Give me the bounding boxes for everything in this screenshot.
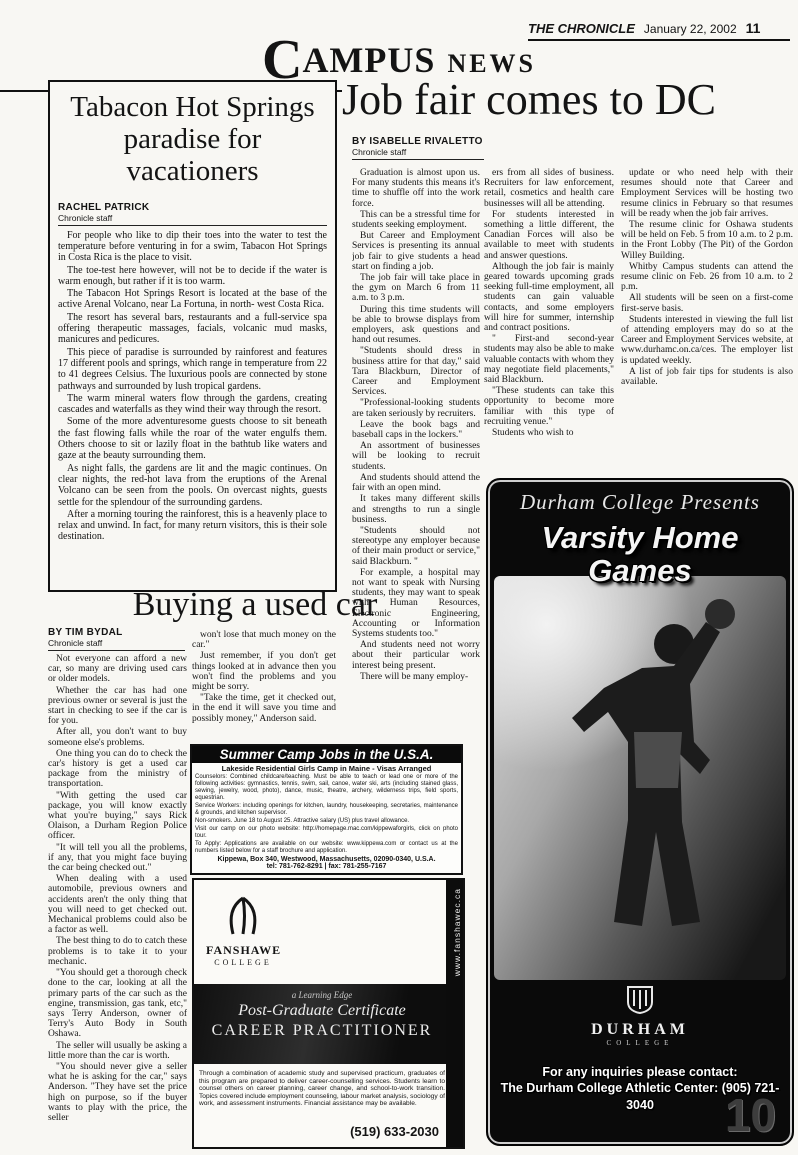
body-paragraph: "It will tell you all the problems, if a… xyxy=(48,843,187,874)
body-paragraph: "Professional-looking students are taken… xyxy=(352,398,480,418)
body-paragraph: But Career and Employment Services is pr… xyxy=(352,231,480,272)
jobfair-byline: BY ISABELLE RIVALETTO xyxy=(352,136,484,147)
usedcar-column-1: Not everyone can afford a new car, so ma… xyxy=(48,654,187,1146)
newspaper-page: THE CHRONICLE January 22, 2002 11 CAMPUS… xyxy=(0,0,798,1155)
body-paragraph: The toe-test here however, will not be t… xyxy=(58,265,327,288)
body-paragraph: The best thing to do to catch these prob… xyxy=(48,936,187,967)
body-paragraph: The seller will usually be asking a litt… xyxy=(48,1041,187,1061)
tabacon-headline: Tabacon Hot Springs paradise for vacatio… xyxy=(58,92,327,188)
varsity-presents-line: Durham College Presents xyxy=(488,490,792,515)
body-paragraph: It takes many different skills and stren… xyxy=(352,494,480,525)
basketball-player-silhouette-icon xyxy=(524,592,754,972)
body-paragraph: Just remember, if you don't get things l… xyxy=(192,651,336,692)
section-title-news: NEWS xyxy=(447,49,536,78)
article-tabacon: Tabacon Hot Springs paradise for vacatio… xyxy=(48,80,337,592)
body-paragraph: As night falls, the gardens are lit and … xyxy=(58,463,327,508)
camp-ad-subtitle: Lakeside Residential Girls Camp in Maine… xyxy=(192,764,461,773)
body-paragraph: The resort has several bars, restaurants… xyxy=(58,312,327,346)
publication-name: THE CHRONICLE xyxy=(528,21,635,36)
body-paragraph: "Students should dress in business attir… xyxy=(352,346,480,397)
body-paragraph: One thing you can do to check the car's … xyxy=(48,749,187,790)
body-paragraph: For people who like to dip their toes in… xyxy=(58,230,327,264)
fanshawe-college-mark-icon xyxy=(221,923,265,940)
shield-crest-icon xyxy=(627,1001,653,1018)
jobfair-column-2: ers from all sides of business. Recruite… xyxy=(484,168,614,474)
body-paragraph: ers from all sides of business. Recruite… xyxy=(484,168,614,209)
jobfair-column-1: Graduation is almost upon us. For many s… xyxy=(352,168,480,760)
fanshawe-photo-band: a Learning Edge Post-Graduate Certificat… xyxy=(194,984,450,1064)
camp-ad-title: Summer Camp Jobs in the U.S.A. xyxy=(192,746,461,763)
body-paragraph: Students interested in viewing the full … xyxy=(621,315,793,366)
basketball-player-photo xyxy=(494,576,786,980)
fanshawe-ad: FANSHAWE COLLEGE a Learning Edge Post-Gr… xyxy=(192,878,465,1149)
body-paragraph: And students need not worry about their … xyxy=(352,640,480,671)
camp-ad-line: To Apply: Applications are available on … xyxy=(192,841,461,855)
fanshawe-website: www.fanshawec.ca xyxy=(452,888,462,976)
fanshawe-name-line2: COLLEGE xyxy=(206,958,280,967)
tabacon-byline-role: Chronicle staff xyxy=(58,213,327,226)
usedcar-headline: Buying a used car xyxy=(48,588,462,622)
page-number: 11 xyxy=(746,20,761,36)
varsity-games-ad: Durham College Presents Varsity Home Gam… xyxy=(486,478,794,1146)
varsity-contact-block: For any inquiries please contact: The Du… xyxy=(488,1064,792,1113)
fanshawe-name-line1: FANSHAWE xyxy=(206,943,280,958)
body-paragraph: "With getting the used car package, you … xyxy=(48,791,187,842)
jobfair-headline: Job fair comes to DC xyxy=(342,78,798,122)
body-paragraph: The Tabacon Hot Springs Resort is locate… xyxy=(58,288,327,311)
fanshawe-program-line: CAREER PRACTITIONER xyxy=(194,1022,450,1040)
body-paragraph: "You should get a thorough check done to… xyxy=(48,968,187,1039)
body-paragraph: " First-and second-year students may als… xyxy=(484,334,614,385)
usedcar-byline-block: BY TIM BYDAL Chronicle staff xyxy=(48,627,185,655)
body-paragraph: There will be many employ- xyxy=(352,672,480,682)
varsity-title-line2: Games xyxy=(488,555,792,588)
camp-ad-line: Counselors: Combined childcare/teaching.… xyxy=(192,774,461,802)
body-paragraph: Whether the car has had one previous own… xyxy=(48,686,187,727)
body-paragraph: A list of job fair tips for students is … xyxy=(621,367,793,387)
varsity-title-line1: Varsity Home xyxy=(488,522,792,555)
body-paragraph: update or who need help with their resum… xyxy=(621,168,793,219)
camp-ad-line: Service Workers: including openings for … xyxy=(192,803,461,817)
body-paragraph: All students will be seen on a first-com… xyxy=(621,293,793,313)
body-paragraph: "You should never give a seller what he … xyxy=(48,1062,187,1123)
jobfair-byline-block: BY ISABELLE RIVALETTO Chronicle staff xyxy=(352,136,484,164)
body-paragraph: After a morning touring the rainforest, … xyxy=(58,509,327,543)
fanshawe-phone: (519) 633-2030 xyxy=(350,1124,439,1139)
fanshawe-body-text: Through a combination of academic study … xyxy=(199,1070,445,1108)
tabacon-byline: RACHEL PATRICK xyxy=(58,202,327,213)
body-paragraph: This can be a stressful time for student… xyxy=(352,210,480,230)
varsity-contact-line2: The Durham College Athletic Center: (905… xyxy=(488,1080,792,1113)
durham-college-crest: DURHAM COLLEGE xyxy=(488,986,792,1047)
body-paragraph: Students who wish to xyxy=(484,428,614,438)
body-paragraph: The job fair will take place in the gym … xyxy=(352,273,480,304)
body-paragraph: Although the job fair is mainly geared t… xyxy=(484,262,614,333)
camp-ad-address: Kippewa, Box 340, Westwood, Massachusett… xyxy=(192,856,461,863)
body-paragraph: The warm mineral waters flow through the… xyxy=(58,393,327,416)
body-paragraph: When dealing with a used automobile, pre… xyxy=(48,874,187,935)
body-paragraph: "These students can take this opportunit… xyxy=(484,386,614,427)
body-paragraph: After all, you don't want to buy someone… xyxy=(48,727,187,747)
summer-camp-ad: Summer Camp Jobs in the U.S.A. Lakeside … xyxy=(190,744,463,875)
body-paragraph: Graduation is almost upon us. For many s… xyxy=(352,168,480,209)
camp-ad-line: Non-smokers. June 18 to August 25. Attra… xyxy=(192,818,461,825)
body-paragraph: This piece of paradise is surrounded by … xyxy=(58,347,327,392)
varsity-ad-title: Varsity Home Games xyxy=(488,522,792,587)
jobfair-byline-role: Chronicle staff xyxy=(352,147,484,160)
body-paragraph: won't lose that much money on the car." xyxy=(192,630,336,650)
body-paragraph: Some of the more adventuresome guests ch… xyxy=(58,416,327,461)
body-paragraph: For students interested in something a l… xyxy=(484,210,614,261)
body-paragraph: During this time students will be able t… xyxy=(352,305,480,346)
body-paragraph: "Take the time, get it checked out, in t… xyxy=(192,693,336,724)
usedcar-column-2: won't lose that much money on the car." … xyxy=(192,630,336,738)
body-paragraph: "Students should not stereotype any empl… xyxy=(352,526,480,567)
body-paragraph: The resume clinic for Oshawa students wi… xyxy=(621,220,793,261)
body-paragraph: Whitby Campus students can attend the re… xyxy=(621,262,793,293)
usedcar-byline: BY TIM BYDAL xyxy=(48,627,185,638)
fanshawe-tagline: a Learning Edge xyxy=(194,990,450,1000)
body-paragraph: Not everyone can afford a new car, so ma… xyxy=(48,654,187,685)
fanshawe-certificate-line: Post-Graduate Certificate xyxy=(194,1002,450,1020)
issue-date: January 22, 2002 xyxy=(644,22,737,36)
usedcar-byline-role: Chronicle staff xyxy=(48,638,185,651)
body-paragraph: An assortment of businesses will be look… xyxy=(352,441,480,472)
jobfair-column-3: update or who need help with their resum… xyxy=(621,168,793,476)
varsity-contact-line1: For any inquiries please contact: xyxy=(488,1064,792,1080)
camp-ad-line: Visit our camp on our photo website: htt… xyxy=(192,826,461,840)
camp-ad-phone: tel: 781-762-8291 | fax: 781-255-7167 xyxy=(192,863,461,870)
durham-org-sub: COLLEGE xyxy=(488,1039,792,1047)
section-title-rest: AMPUS xyxy=(302,40,435,80)
fanshawe-logo: FANSHAWE COLLEGE xyxy=(206,896,280,967)
body-paragraph: And students should attend the fair with… xyxy=(352,473,480,493)
body-paragraph: Leave the book bags and baseball caps in… xyxy=(352,420,480,440)
durham-org-name: DURHAM xyxy=(488,1021,792,1039)
